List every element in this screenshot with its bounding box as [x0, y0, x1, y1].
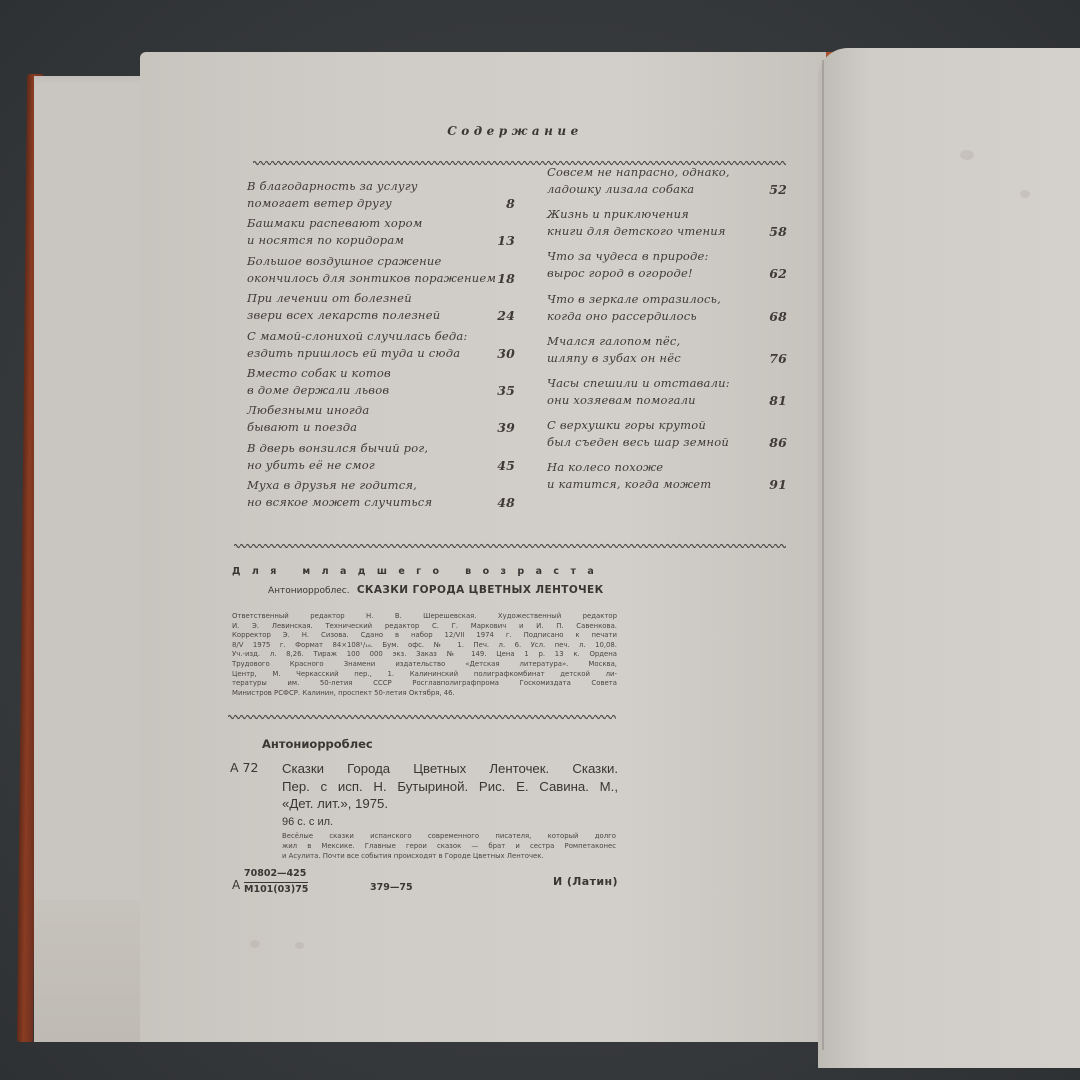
toc-page-number: 45 — [497, 457, 515, 474]
toc-entry: В дверь вонзился бычий рог, но убить её … — [247, 440, 515, 474]
annotation-line: жил в Мексике. Главные герои сказок — бр… — [282, 842, 616, 852]
toc-entry: С мамой-слонихой случилась беда: ездить … — [247, 328, 515, 362]
imprint-title-line: Антониорроблес. СКАЗКИ ГОРОДА ЦВЕТНЫХ ЛЕ… — [268, 584, 604, 596]
imprint-author: Антониорроблес. — [268, 586, 350, 596]
bbk-numerator: 70802—425 — [244, 868, 306, 879]
toc-entry-line: Что в зеркале отразилось, — [547, 291, 787, 308]
colophon-line: Корректор Э. Н. Сизова. Сдано в набор 12… — [232, 631, 617, 641]
colophon-line: 8/V 1975 г. Формат 84×108¹/₁₆. Бум. офс.… — [232, 641, 617, 651]
toc-page-number: 30 — [497, 345, 515, 362]
bbk-letter: А — [232, 878, 240, 892]
toc-page-number: 39 — [497, 419, 515, 436]
toc-entry-line: Муха в друзья не годится, — [247, 477, 515, 494]
toc-page-number: 8 — [506, 195, 515, 212]
toc-entry-line: Совсем не напрасно, однако, — [547, 164, 787, 181]
wavy-divider-middle — [234, 543, 786, 549]
toc-page-number: 24 — [497, 307, 515, 324]
paper-spot — [295, 942, 304, 949]
toc-entry-line: но убить её не смог — [247, 457, 515, 474]
toc-entry-line: На колесо похоже — [547, 459, 787, 476]
toc-entry-line: окончилось для зонтиков поражением — [247, 270, 515, 287]
toc-entry-line: звери всех лекарств полезней — [247, 307, 515, 324]
toc-entry-line: шляпу в зубах он нёс — [547, 350, 787, 367]
toc-entry: Башмаки распевают хором и носятся по кор… — [247, 215, 515, 249]
toc-page-number: 76 — [769, 350, 787, 367]
toc-entry: Совсем не напрасно, однако, ладошку лиза… — [547, 164, 787, 198]
right-page — [818, 48, 1080, 1068]
toc-entry-line: В благодарность за услугу — [247, 178, 515, 195]
catalog-annotation: Весёлые сказки испанского современного п… — [282, 832, 616, 861]
classification-label: И (Латин) — [553, 875, 618, 888]
colophon-line: Центр, М. Черкасский пер., 1. Калинински… — [232, 670, 617, 680]
toc-heading: Содержание — [440, 124, 590, 138]
paper-spot — [960, 150, 974, 160]
toc-entry: Что в зеркале отразилось, когда оно расс… — [547, 291, 787, 325]
toc-entry-line: ладошку лизала собака — [547, 181, 787, 198]
imprint-book-title: СКАЗКИ ГОРОДА ЦВЕТНЫХ ЛЕНТОЧЕК — [357, 584, 604, 596]
toc-entry-line: но всякое может случиться — [247, 494, 515, 511]
toc-entry-line: и носятся по коридорам — [247, 232, 515, 249]
colophon-line: Трудового Красного Знамени издательство … — [232, 660, 617, 670]
toc-right-column: Совсем не напрасно, однако, ладошку лиза… — [547, 164, 787, 502]
toc-entry-line: Мчался галопом пёс, — [547, 333, 787, 350]
toc-entry-line: С верхушки горы крутой — [547, 417, 787, 434]
age-group-label: Для младшего возраста — [232, 566, 610, 577]
catalog-code: А 72 — [230, 760, 258, 775]
toc-entry: С верхушки горы крутой был съеден весь ш… — [547, 417, 787, 451]
toc-entry-line: Любезными иногда — [247, 402, 515, 419]
catalog-pages: 96 с. с ил. — [282, 816, 333, 828]
paper-spot — [250, 940, 260, 948]
toc-entry-line: ездить пришлось ей туда и сюда — [247, 345, 515, 362]
toc-entry-line: С мамой-слонихой случилась беда: — [247, 328, 515, 345]
book-gutter — [822, 60, 824, 1050]
catalog-line: «Дет. лит.», 1975. — [282, 795, 618, 813]
paper-spot — [1020, 190, 1030, 198]
toc-page-number: 81 — [769, 392, 787, 409]
toc-entry: В благодарность за услугу помогает ветер… — [247, 178, 515, 212]
toc-page-number: 52 — [769, 181, 787, 198]
catalog-line: Пер. с исп. Н. Бутыриной. Рис. Е. Савина… — [282, 778, 618, 796]
colophon-text: Ответственный редактор Н. В. Шерешевская… — [232, 612, 617, 698]
colophon-line: Министров РСФСР. Калинин, проспект 50-ле… — [232, 689, 617, 699]
toc-entry-line: когда оно рассердилось — [547, 308, 787, 325]
toc-entry-line: они хозяевам помогали — [547, 392, 787, 409]
bbk-suffix: 379—75 — [370, 882, 413, 893]
toc-entry-line: был съеден весь шар земной — [547, 434, 787, 451]
colophon-line: Уч.-изд. л. 8,26. Тираж 100 000 экз. Зак… — [232, 650, 617, 660]
toc-entry-line: При лечении от болезней — [247, 290, 515, 307]
toc-page-number: 68 — [769, 308, 787, 325]
toc-page-number: 35 — [497, 382, 515, 399]
catalog-description: Сказки Города Цветных Ленточек. Сказки. … — [282, 760, 618, 813]
toc-entry: Что за чудеса в природе: вырос город в о… — [547, 248, 787, 282]
toc-entry: На колесо похоже и катится, когда может … — [547, 459, 787, 493]
toc-entry: Любезными иногда бывают и поезда 39 — [247, 402, 515, 436]
toc-page-number: 58 — [769, 223, 787, 240]
toc-entry-line: В дверь вонзился бычий рог, — [247, 440, 515, 457]
annotation-line: и Асулита. Почти все события происходят … — [282, 852, 616, 862]
toc-entry: Большое воздушное сражение окончилось дл… — [247, 253, 515, 287]
toc-entry: При лечении от болезней звери всех лекар… — [247, 290, 515, 324]
colophon-line: тературы им. 50-летия СССР Росглавполигр… — [232, 679, 617, 689]
toc-entry-line: и катится, когда может — [547, 476, 787, 493]
colophon-line: И. Э. Левинская. Технический редактор С.… — [232, 622, 617, 632]
toc-entry-line: Жизнь и приключения — [547, 206, 787, 223]
bbk-denominator: М101(03)75 — [244, 882, 308, 895]
toc-entry-line: в доме держали львов — [247, 382, 515, 399]
toc-entry: Часы спешили и отставали: они хозяевам п… — [547, 375, 787, 409]
toc-page-number: 91 — [769, 476, 787, 493]
toc-page-number: 13 — [497, 232, 515, 249]
toc-page-number: 62 — [769, 265, 787, 282]
toc-left-column: В благодарность за услугу помогает ветер… — [247, 178, 515, 515]
toc-entry-line: Большое воздушное сражение — [247, 253, 515, 270]
toc-entry: Муха в друзья не годится, но всякое може… — [247, 477, 515, 511]
catalog-author: Антониорроблес — [262, 737, 373, 751]
annotation-line: Весёлые сказки испанского современного п… — [282, 832, 616, 842]
toc-entry: Вместо собак и котов в доме держали льво… — [247, 365, 515, 399]
toc-entry-line: помогает ветер другу — [247, 195, 515, 212]
toc-entry-line: Часы спешили и отставали: — [547, 375, 787, 392]
toc-entry-line: Вместо собак и котов — [247, 365, 515, 382]
colophon-line: Ответственный редактор Н. В. Шерешевская… — [232, 612, 617, 622]
toc-entry-line: бывают и поезда — [247, 419, 515, 436]
toc-entry-line: вырос город в огороде! — [547, 265, 787, 282]
toc-entry-line: книги для детского чтения — [547, 223, 787, 240]
toc-entry-line: Башмаки распевают хором — [247, 215, 515, 232]
toc-page-number: 86 — [769, 434, 787, 451]
toc-entry-line: Что за чудеса в природе: — [547, 248, 787, 265]
toc-page-number: 18 — [497, 270, 515, 287]
toc-page-number: 48 — [497, 494, 515, 511]
toc-entry: Мчался галопом пёс, шляпу в зубах он нёс… — [547, 333, 787, 367]
catalog-line: Сказки Города Цветных Ленточек. Сказки. — [282, 760, 618, 778]
wavy-divider-bottom — [228, 714, 616, 720]
toc-entry: Жизнь и приключения книги для детского ч… — [547, 206, 787, 240]
